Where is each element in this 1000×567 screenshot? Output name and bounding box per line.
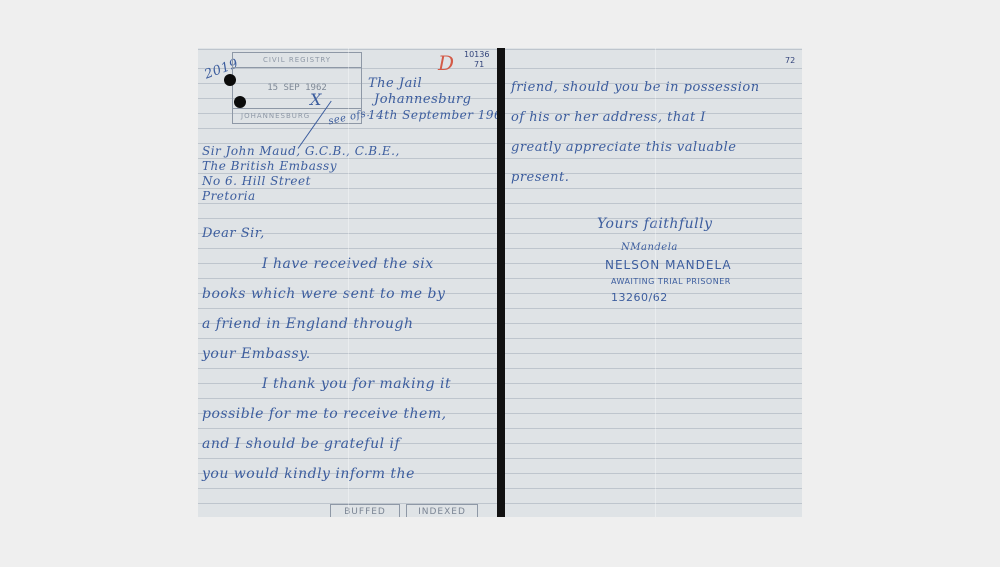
letter-date: 14th September 1962 (368, 108, 497, 122)
stamp-date: 15 SEP 1962 (233, 83, 361, 93)
page-number: 72 (785, 56, 795, 65)
recipient-line-1: Sir John Maud, G.C.B., C.B.E., (202, 144, 400, 158)
body-line: books which were sent to me by (202, 286, 445, 302)
body-line: greatly appreciate this valuable (511, 140, 737, 155)
signature: NMandela (621, 242, 678, 253)
salutation: Dear Sir, (202, 226, 265, 241)
recipient-line-4: Pretoria (202, 189, 256, 203)
red-pencil-mark: D (438, 51, 454, 75)
initial-mark: X (310, 90, 322, 109)
prisoner-status: AWAITING TRIAL PRISONER (611, 277, 731, 286)
printed-name: NELSON MANDELA (605, 258, 732, 272)
prisoner-number: 13260/62 (611, 291, 668, 304)
body-line: I thank you for making it (262, 376, 451, 392)
closing: Yours faithfully (597, 216, 713, 232)
recipient-line-2: The British Embassy (202, 159, 337, 173)
body-line: a friend in England through (202, 316, 414, 332)
reference-sub-number: 71 (474, 60, 484, 69)
punch-hole-icon (224, 74, 236, 86)
letter-page-left: 2019 CIVIL REGISTRY 15 SEP 1962 JOHANNES… (198, 48, 497, 517)
punch-hole-icon (234, 96, 246, 108)
letter-spread: 2019 CIVIL REGISTRY 15 SEP 1962 JOHANNES… (198, 48, 802, 517)
body-line: you would kindly inform the (202, 466, 415, 482)
stamp-header: CIVIL REGISTRY (233, 53, 361, 68)
body-line: and I should be grateful if (202, 436, 400, 452)
body-line: possible for me to receive them, (202, 406, 447, 422)
body-line: I have received the six (262, 256, 434, 272)
sender-address-line-2: Johannesburg (374, 92, 472, 107)
sender-address-line-1: The Jail (368, 76, 422, 91)
recipient-line-3: No 6. Hill Street (202, 174, 311, 188)
buffed-stamp: BUFFED (330, 504, 400, 517)
indexed-stamp: INDEXED (406, 504, 478, 517)
body-line: your Embassy. (202, 346, 311, 362)
body-line: friend, should you be in possession (511, 80, 760, 95)
letter-page-right: 72 friend, should you be in possession o… (505, 48, 802, 517)
reference-number: 10136 (464, 50, 489, 59)
body-line: present. (511, 170, 569, 185)
body-line: of his or her address, that I (511, 110, 706, 125)
